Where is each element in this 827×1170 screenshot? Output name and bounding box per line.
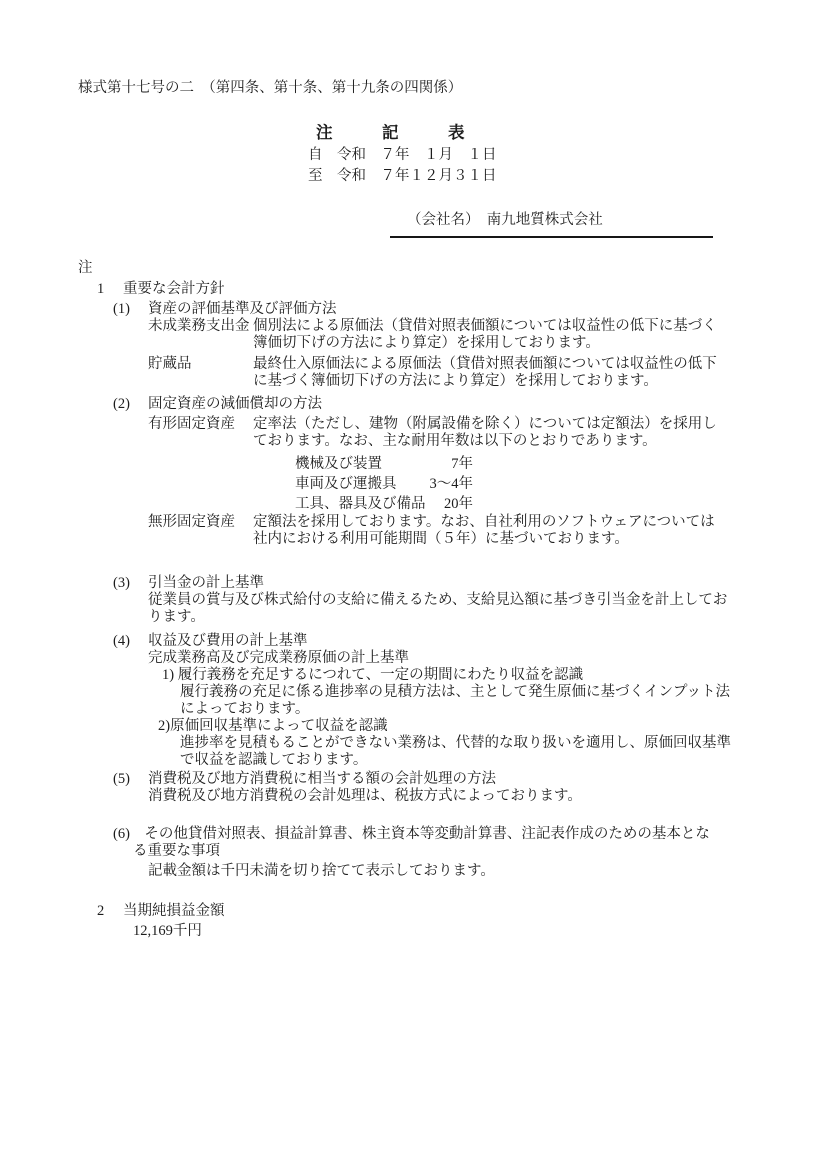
sub2-number: (2): [113, 396, 148, 413]
term-description: 定額法を採用しております。なお、自社利用のソフトウェアについては 社内における利…: [253, 514, 715, 548]
useful-life-value: 3～4年: [430, 474, 474, 494]
company-name-label: （会社名） 南九地質株式会社: [407, 212, 603, 228]
document-title: 注 記 表: [316, 123, 827, 143]
note2-heading: 2当期純損益金額: [0, 903, 827, 920]
asset-type-label: 車両及び運搬具: [295, 474, 397, 494]
revenue-method-2: 2)原価回収基準によって収益を認識 進捗率を見積もることができない業務は、代替的…: [0, 718, 827, 769]
period-from: 自 令和 ７年 １月 １日: [308, 145, 827, 166]
term-label: 貯蔵品: [148, 356, 253, 390]
valuation-row-supplies: 貯蔵品 最終仕入原価法による原価法（貸借対照表価額については収益性の低下 に基づ…: [148, 356, 827, 390]
sub4-number: (4): [113, 633, 148, 650]
note1-heading: 1重要な会計方針: [0, 281, 827, 298]
method-body: 進捗率を見積もることができない業務は、代替的な取り扱いを適用し、原価回収基準 で…: [180, 735, 827, 769]
sub5-title: 消費税及び地方消費税に相当する額の会計処理の方法: [148, 771, 496, 787]
sub6-body: 記載金額は千円未満を切り捨てて表示しております。: [148, 863, 827, 880]
valuation-row-work-in-progress: 未成業務支出金 個別法による原価法（貸借対照表価額については収益性の低下に基づく…: [148, 318, 827, 352]
sub2-heading: (2)固定資産の減価償却の方法: [0, 396, 827, 413]
note1-number: 1: [97, 281, 123, 298]
sub3-number: (3): [113, 575, 148, 592]
period-to: 至 令和 ７年１２月３１日: [308, 166, 827, 187]
term-description: 個別法による原価法（貸借対照表価額については収益性の低下に基づく 簿価切下げの方…: [253, 318, 717, 352]
method-title: 1) 履行義務を充足するにつれて、一定の期間にわたり収益を認識: [162, 667, 827, 684]
method-body: 履行義務の充足に係る進捗率の見積方法は、主として発生原価に基づくインプット法 に…: [180, 684, 827, 718]
useful-life-value: 7年: [451, 454, 473, 474]
useful-life-row: 車両及び運搬具 3～4年: [295, 474, 473, 494]
useful-life-table: 機械及び装置 7年 車両及び運搬具 3～4年 工具、器具及び備品 20年: [295, 454, 473, 514]
depreciation-row-tangible: 有形固定資産 定率法（ただし、建物（附属設備を除く）については定額法）を採用し …: [148, 416, 827, 450]
notes-label: 注: [78, 260, 827, 277]
term-label: 無形固定資産: [148, 514, 253, 548]
sub1-number: (1): [113, 301, 148, 318]
sub3-heading: (3)引当金の計上基準: [0, 575, 827, 592]
sub4-subtitle: 完成業務高及び完成業務原価の計上基準: [148, 650, 827, 667]
depreciation-row-intangible: 無形固定資産 定額法を採用しております。なお、自社利用のソフトウェアについては …: [148, 514, 827, 548]
form-number: 様式第十七号の二 （第四条、第十条、第十九条の四関係）: [78, 80, 827, 97]
asset-type-label: 工具、器具及び備品: [295, 494, 426, 514]
sub3-body: 従業員の賞与及び株式給付の支給に備えるため、支給見込額に基づき引当金を計上してお…: [148, 592, 827, 626]
term-label: 有形固定資産: [148, 416, 253, 450]
sub1-heading: (1)資産の評価基準及び評価方法: [0, 301, 827, 318]
document-page: 様式第十七号の二 （第四条、第十条、第十九条の四関係） 注 記 表 自 令和 ７…: [0, 0, 827, 1170]
sub5-heading: (5)消費税及び地方消費税に相当する額の会計処理の方法: [0, 771, 827, 788]
sub6-heading: (6) その他貸借対照表、損益計算書、株主資本等変動計算書、注記表作成のための基…: [133, 826, 827, 860]
sub5-number: (5): [113, 771, 148, 788]
sub3-title: 引当金の計上基準: [148, 575, 264, 591]
sub2-title: 固定資産の減価償却の方法: [148, 396, 322, 412]
note1-title: 重要な会計方針: [123, 281, 225, 297]
term-description: 最終仕入原価法による原価法（貸借対照表価額については収益性の低下 に基づく簿価切…: [253, 356, 717, 390]
note2-number: 2: [97, 903, 123, 920]
useful-life-row: 工具、器具及び備品 20年: [295, 494, 473, 514]
term-label: 未成業務支出金: [148, 318, 253, 352]
term-description: 定率法（ただし、建物（附属設備を除く）については定額法）を採用し ております。な…: [253, 416, 717, 450]
useful-life-value: 20年: [444, 494, 473, 514]
sub5-body: 消費税及び地方消費税の会計処理は、税抜方式によっております。: [148, 788, 827, 805]
note2-title: 当期純損益金額: [123, 903, 225, 919]
company-name-field: （会社名） 南九地質株式会社: [390, 212, 713, 238]
sub4-heading: (4)収益及び費用の計上基準: [0, 633, 827, 650]
sub1-title: 資産の評価基準及び評価方法: [148, 301, 337, 317]
sub4-title: 収益及び費用の計上基準: [148, 633, 308, 649]
asset-type-label: 機械及び装置: [295, 454, 382, 474]
useful-life-row: 機械及び装置 7年: [295, 454, 473, 474]
net-income-value: 12,169千円: [133, 923, 827, 940]
method-title: 2)原価回収基準によって収益を認識: [158, 718, 827, 735]
revenue-method-1: 1) 履行義務を充足するにつれて、一定の期間にわたり収益を認識 履行義務の充足に…: [0, 667, 827, 718]
